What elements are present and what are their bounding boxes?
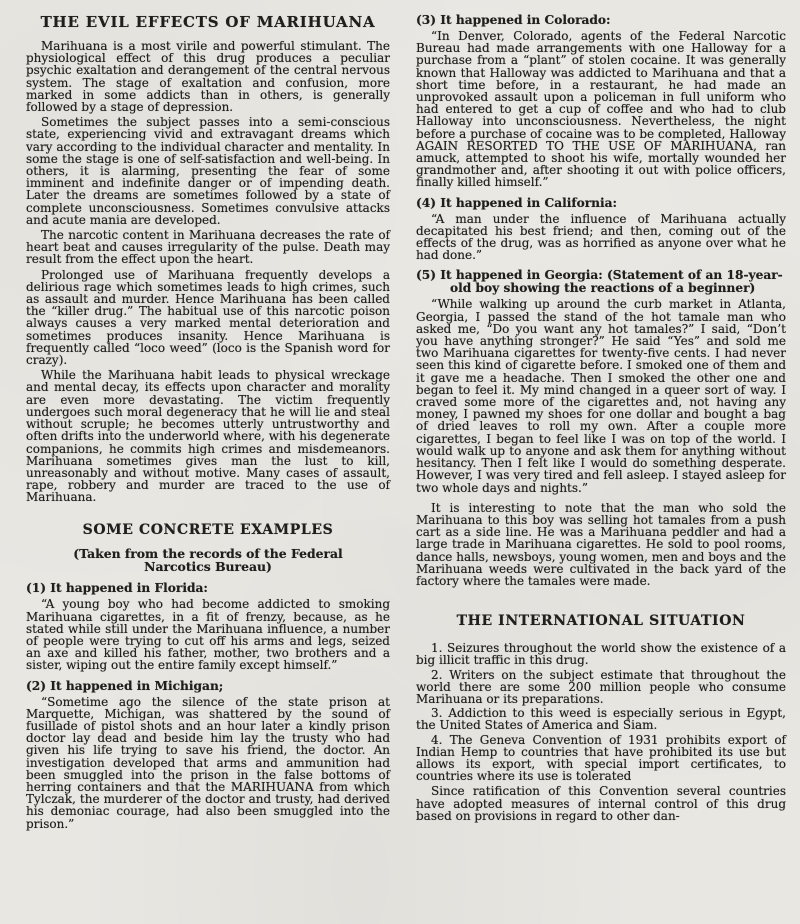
two-column-layout: THE EVIL EFFECTS OF MARIHUANA Marihuana … (26, 12, 786, 830)
scanned-document-page: THE EVIL EFFECTS OF MARIHUANA Marihuana … (0, 0, 800, 924)
example-florida: (1) It happened in Florida: “A young boy… (26, 582, 390, 671)
intro-paragraph: Sometimes the subject passes into a semi… (26, 116, 390, 226)
example-body: “A young boy who had become addicted to … (26, 598, 390, 671)
examples-section-subheading: (Taken from the records of the Federal N… (61, 547, 356, 575)
intro-paragraph: While the Marihuana habit leads to physi… (26, 369, 390, 503)
international-points: 1. Seizures throughout the world show th… (416, 642, 786, 782)
examples-section-heading: SOME CONCRETE EXAMPLES (26, 522, 390, 538)
intro-paragraph: Marihuana is a most virile and powerful … (26, 40, 390, 113)
example-body: “A man under the influence of Marihuana … (416, 213, 786, 262)
example-body: “While walking up around the curb market… (416, 298, 786, 493)
closing-note-paragraph: It is interesting to note that the man w… (416, 502, 786, 587)
numbered-point: 2. Writers on the subject estimate that … (416, 669, 786, 706)
example-body: “In Denver, Colorado, agents of the Fede… (416, 30, 786, 189)
example-title: (1) It happened in Florida: (26, 582, 390, 595)
example-georgia: (5) It happened in Georgia: (Statement o… (416, 269, 786, 493)
example-california: (4) It happened in California: “A man un… (416, 197, 786, 262)
example-title: (2) It happened in Michigan; (26, 680, 390, 693)
intro-paragraph: The narcotic content in Marihuana decrea… (26, 229, 390, 266)
numbered-point: 1. Seizures throughout the world show th… (416, 642, 786, 666)
example-michigan: (2) It happened in Michigan; “Sometime a… (26, 680, 390, 830)
example-body: “Sometime ago the silence of the state p… (26, 696, 390, 830)
example-title: (5) It happened in Georgia: (Statement o… (416, 269, 786, 295)
numbered-point: 4. The Geneva Convention of 1931 prohibi… (416, 734, 786, 783)
numbered-point: 3. Addiction to this weed is especially … (416, 707, 786, 731)
right-column: (3) It happened in Colorado: “In Denver,… (416, 12, 786, 830)
article-title: THE EVIL EFFECTS OF MARIHUANA (26, 13, 390, 31)
intro-paragraph: Prolonged use of Marihuana frequently de… (26, 269, 390, 367)
example-title: (3) It happened in Colorado: (416, 14, 786, 27)
example-title: (4) It happened in California: (416, 197, 786, 210)
international-section-heading: THE INTERNATIONAL SITUATION (416, 613, 786, 629)
left-column: THE EVIL EFFECTS OF MARIHUANA Marihuana … (26, 12, 390, 830)
example-colorado: (3) It happened in Colorado: “In Denver,… (416, 14, 786, 189)
final-paragraph: Since ratification of this Convention se… (416, 785, 786, 822)
